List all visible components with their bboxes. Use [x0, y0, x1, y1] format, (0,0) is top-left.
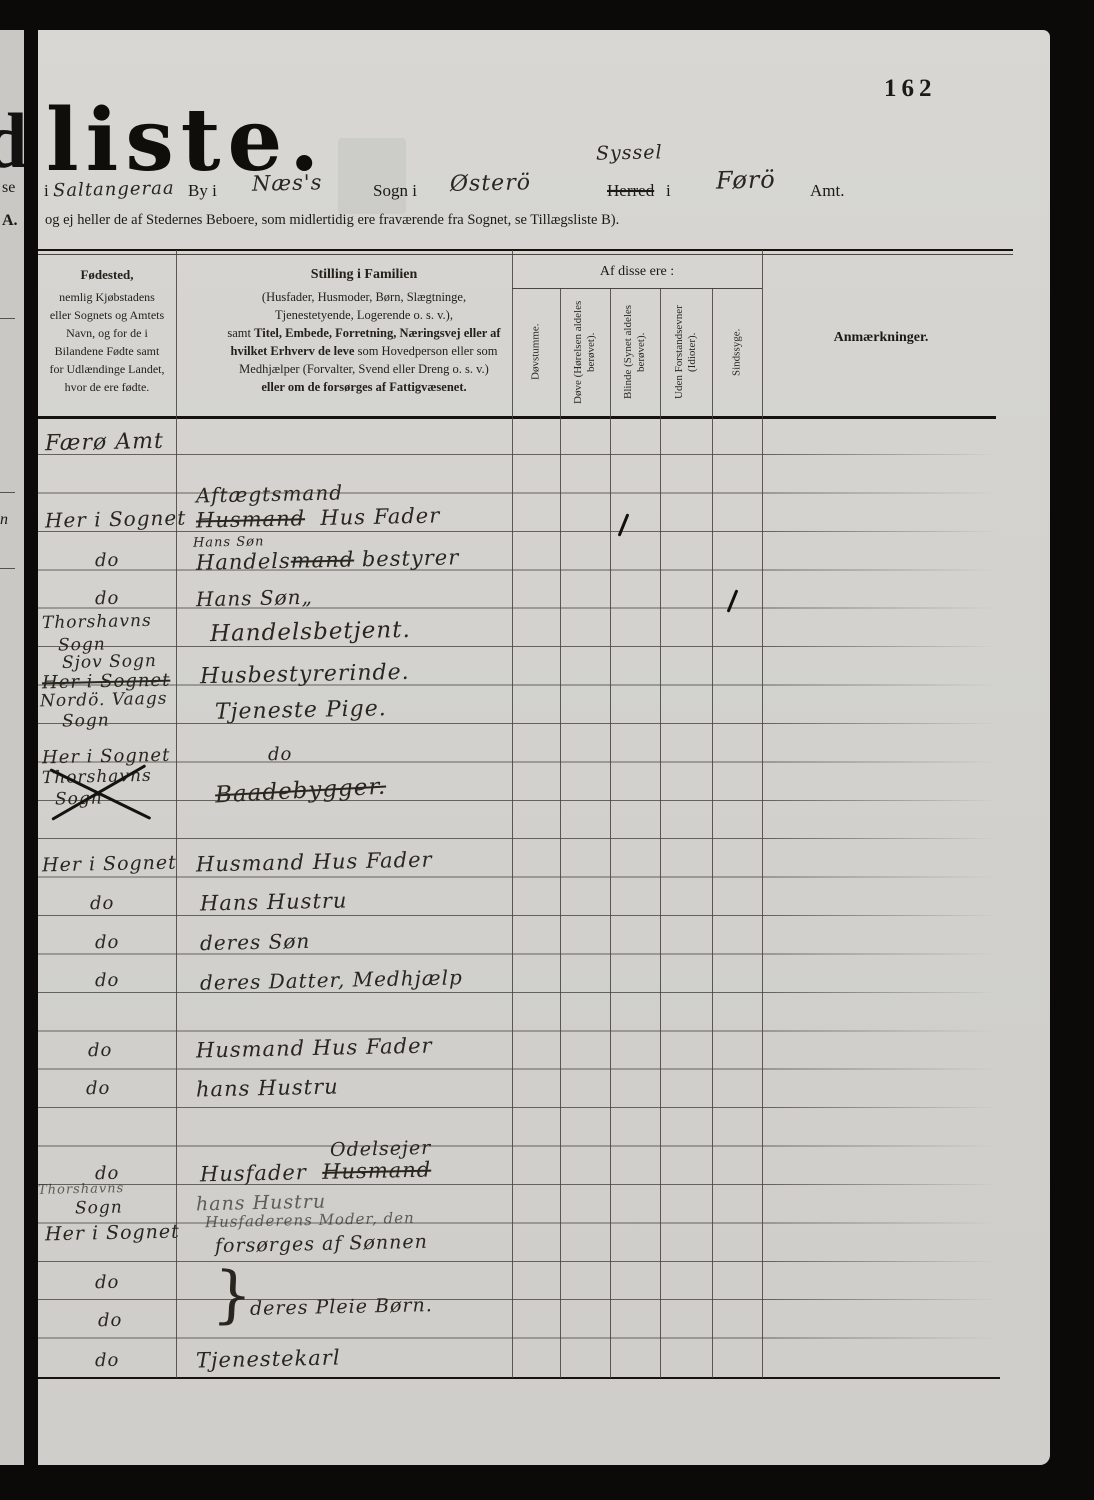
- col-position-segment: samt: [227, 326, 254, 340]
- hw-position: Husmand Hus Fader: [196, 503, 441, 532]
- ruled-line-stub: [0, 492, 15, 493]
- facing-page-sliver: d se A. n: [0, 30, 24, 1465]
- hw-ditto: do: [88, 1040, 113, 1062]
- table-bottom-rule: [38, 1377, 1000, 1379]
- hw-ditto: do: [95, 588, 120, 610]
- hw-position: Husfader Husmand: [200, 1158, 432, 1187]
- col-birthplace-line: for Udlændinge Landet,: [38, 362, 176, 377]
- hw-word: Hus Fader: [320, 503, 440, 530]
- col-idiots: Uden Forstandsevner (Idioter).: [660, 290, 712, 414]
- ruled-line-stub: [0, 568, 15, 569]
- col-position-line: eller om de forsørges af Fattigvæsenet.: [186, 380, 542, 395]
- census-scan: d se A. n 162 liste. i Saltangeraa By i …: [0, 0, 1094, 1500]
- label-sogn-i: Sogn i: [373, 181, 417, 201]
- hw-ditto: do: [90, 893, 115, 915]
- hw-position: Husbestyrerinde.: [200, 660, 410, 689]
- col-remarks-title: Anmærkninger.: [762, 330, 1000, 346]
- note-line: og ej heller de af Stedernes Beboere, so…: [45, 212, 619, 229]
- handwritten-amt: Førö: [716, 165, 776, 194]
- hw-ditto: do: [98, 1310, 123, 1332]
- hw-position: Tjeneste Pige.: [215, 696, 387, 725]
- label-i2: i: [666, 181, 671, 201]
- col-position-line: (Husfader, Husmoder, Børn, Slægtninge,: [186, 290, 542, 305]
- table-top-rule-2: [38, 254, 1013, 255]
- label-i: i: [44, 181, 49, 201]
- hw-birthplace: Thorshavns: [38, 1181, 124, 1198]
- header-bottom-rule: [38, 416, 996, 419]
- col-position-line: hvilket Erhverv de leve som Hovedperson …: [186, 344, 542, 359]
- label-herred-struck: Herred: [607, 181, 654, 201]
- hw-birthplace: Sogn: [62, 711, 110, 732]
- col-birthplace-title: Fødested,: [38, 267, 176, 283]
- hw-birthplace: Sogn: [75, 1198, 123, 1219]
- ink-showthrough: [338, 138, 406, 214]
- ruled-lines: [38, 454, 996, 1340]
- col-position-segment: som Hovedperson eller som: [354, 344, 497, 358]
- hw-position: Husmand Hus Fader: [196, 1034, 433, 1063]
- label-amt: Amt.: [810, 181, 844, 201]
- clipped-letter: d: [0, 96, 24, 186]
- hw-birthplace: Her i Sognet: [45, 506, 187, 533]
- group-underline: [512, 288, 762, 289]
- hw-ditto: do: [95, 932, 120, 954]
- col-position-line: samt Titel, Embede, Forretning, Næringsv…: [186, 326, 542, 341]
- clipped-letter-n: n: [0, 511, 8, 529]
- hw-position: deres Søn: [200, 929, 311, 955]
- hw-birthplace: Thorshavns: [42, 611, 152, 633]
- hw-position: forsørges af Sønnen: [215, 1231, 428, 1257]
- col-birthplace-line: Bilandene Fødte samt: [38, 344, 176, 359]
- col-insane: Sindssyge.: [712, 290, 762, 414]
- hw-ditto: do: [95, 1272, 120, 1294]
- hw-birthplace: Her i Sognet: [42, 745, 171, 769]
- table-top-rule: [38, 249, 1013, 251]
- col-birthplace-line: hvor de ere fødte.: [38, 380, 176, 395]
- hw-relation-small: Hans Søn: [193, 534, 265, 550]
- hw-struck-word: Husmand: [322, 1158, 432, 1184]
- handwritten-district: Østerö: [450, 170, 531, 197]
- hw-word: Husfader: [200, 1160, 307, 1186]
- hw-position: deres Pleie Børn.: [250, 1294, 433, 1320]
- hw-position: hans Hustru: [196, 1075, 339, 1102]
- hw-county: Færø Amt: [45, 429, 164, 456]
- hw-struck-word: mand: [290, 547, 354, 572]
- hw-struck-word: Husmand: [196, 506, 306, 532]
- handwritten-syssel: Syssel: [596, 141, 663, 164]
- census-page: 162 liste. i Saltangeraa By i Næs's Sogn…: [38, 30, 1050, 1465]
- hw-ditto: do: [86, 1078, 111, 1100]
- hw-ditto: do: [95, 550, 120, 572]
- handwritten-place: Saltangeraa: [53, 178, 175, 202]
- page-number: 162: [884, 75, 937, 103]
- ruled-line-stub: [0, 318, 15, 319]
- clipped-text-a: A.: [2, 212, 18, 230]
- col-position-line: Tjenestetyende, Logerende o. s. v.),: [186, 308, 542, 323]
- hw-position: Hans Søn„: [196, 585, 313, 611]
- col-position-title: Stilling i Familien: [186, 267, 542, 283]
- col-position-segment-bold: Titel, Embede, Forretning, Næringsvej el…: [254, 326, 501, 340]
- col-position-segment-bold: hvilket Erhverv de leve: [231, 344, 355, 358]
- hw-occupation: Aftægtsmand: [196, 480, 343, 507]
- hw-brace: }: [211, 1257, 255, 1332]
- hw-position: Handelsbetjent.: [210, 617, 411, 647]
- hw-position: Husmand Hus Fader: [196, 848, 433, 877]
- col-deaf: Døve (Hørelsen aldeles berøvet).: [560, 290, 610, 414]
- hw-position: Tjenestekarl: [196, 1345, 341, 1372]
- group-header: Af disse ere :: [512, 264, 762, 280]
- hw-birthplace: Nordö. Vaags: [40, 689, 168, 712]
- col-birthplace-line: Navn, og for de i: [38, 326, 176, 341]
- hw-ditto: do: [95, 970, 120, 992]
- handwritten-parish: Næs's: [252, 170, 323, 195]
- hw-position: Hans Hustru: [200, 888, 348, 915]
- hw-word: bestyrer: [354, 545, 460, 571]
- hw-ditto: do: [95, 1350, 120, 1372]
- hw-word: Handels: [196, 549, 291, 575]
- clipped-text-se: se: [2, 179, 15, 197]
- col-position-line: Medhjælper (Forvalter, Svend eller Dreng…: [186, 362, 542, 377]
- col-deaf-mute: Døvstumme.: [512, 290, 560, 414]
- col-birthplace-line: eller Sognets og Amtets: [38, 308, 176, 323]
- hw-birthplace: Her i Sognet: [42, 852, 177, 877]
- hw-birthplace: Her i Sognet: [45, 1221, 180, 1246]
- col-birthplace-line: nemlig Kjøbstadens: [38, 290, 176, 305]
- col-blind: Blinde (Synet aldeles berøvet).: [610, 290, 660, 414]
- hw-ditto: do: [268, 744, 293, 766]
- label-by-i: By i: [188, 181, 217, 201]
